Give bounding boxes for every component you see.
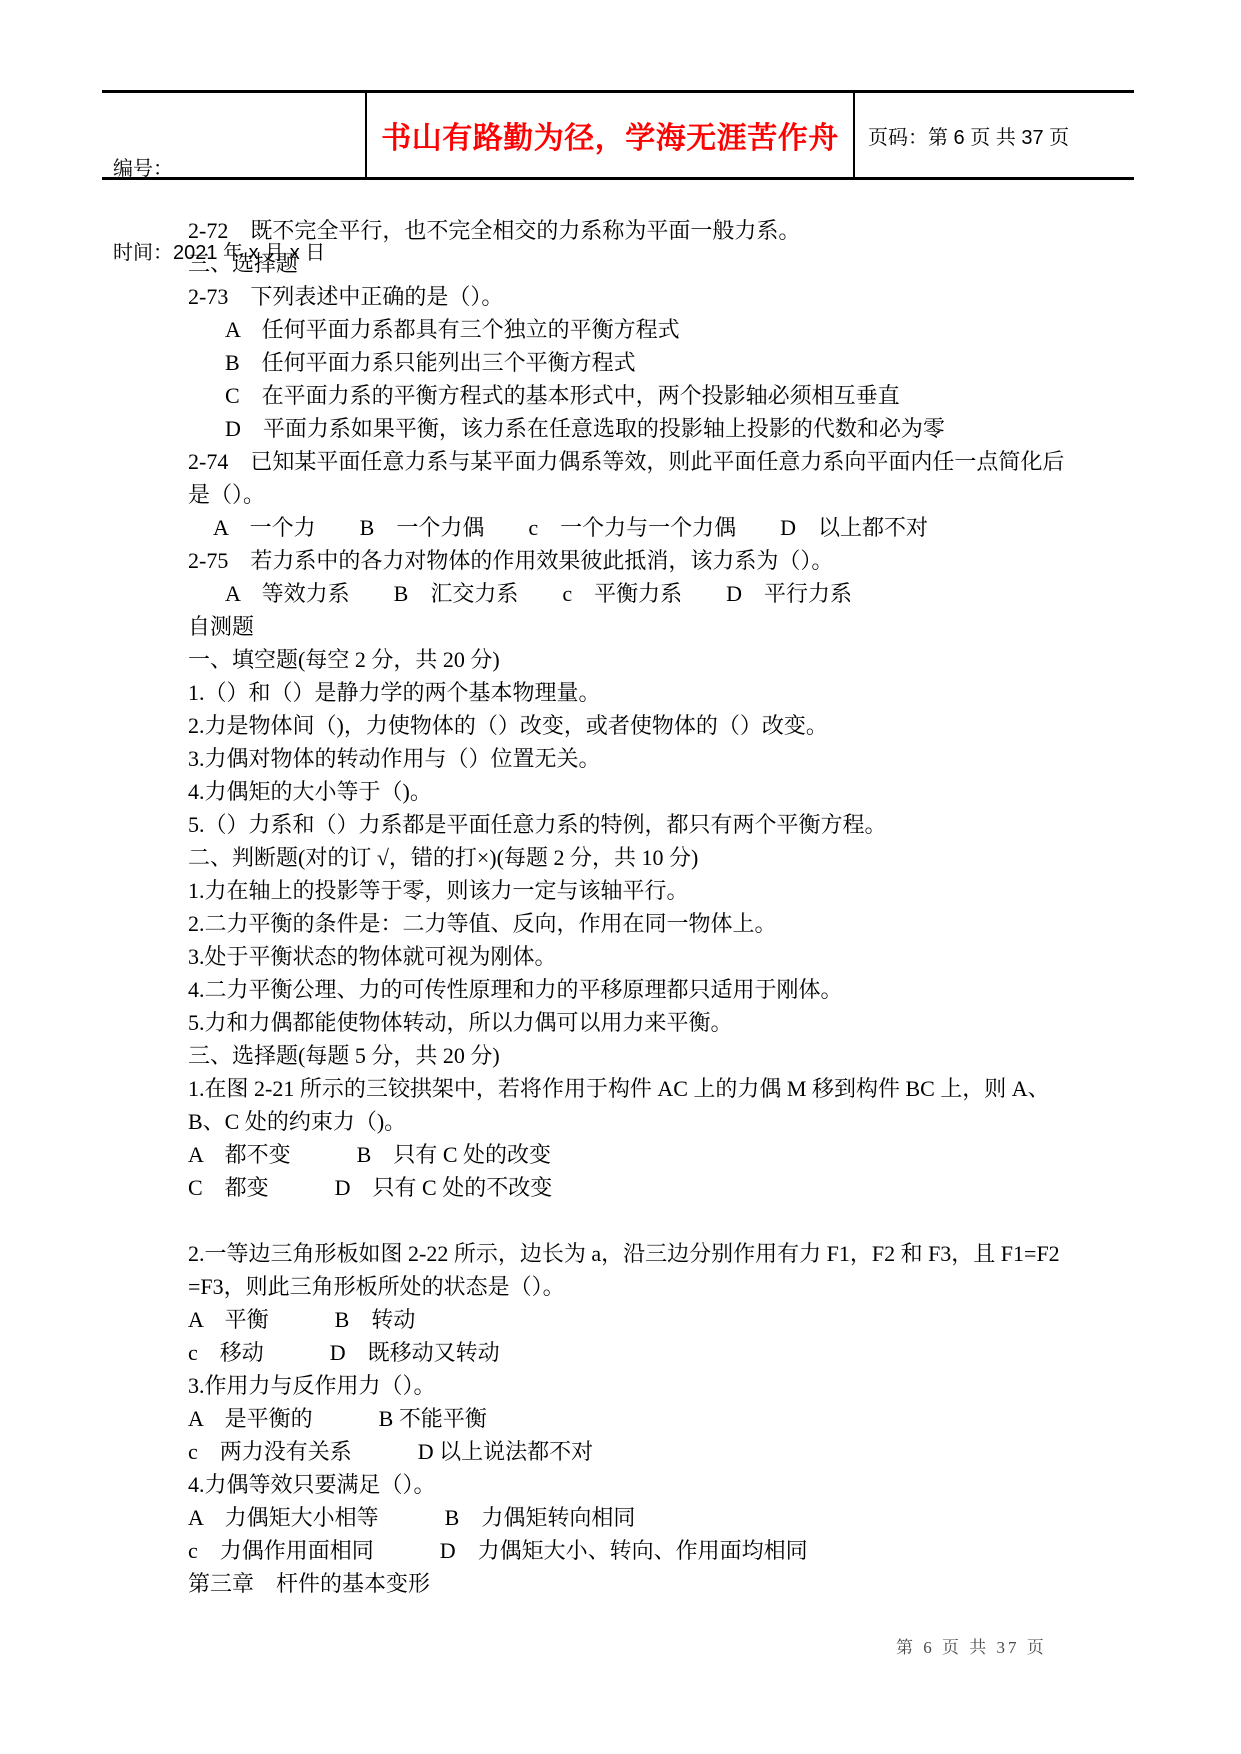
text-line: 自测题 <box>188 610 1064 643</box>
text-line: =F3，则此三角形板所处的状态是（）。 <box>188 1270 1064 1303</box>
text-line: C 在平面力系的平衡方程式的基本形式中，两个投影轴必须相互垂直 <box>188 379 1064 412</box>
text-line: 3.作用力与反作用力（）。 <box>188 1369 1064 1402</box>
text-line: 2-74 已知某平面任意力系与某平面力偶系等效，则此平面任意力系向平面内任一点简… <box>188 445 1064 478</box>
text-line: 2.二力平衡的条件是：二力等值、反向，作用在同一物体上。 <box>188 907 1064 940</box>
text-line: B 任何平面力系只能列出三个平衡方程式 <box>188 346 1064 379</box>
text-line: 4.二力平衡公理、力的可传性原理和力的平移原理都只适用于刚体。 <box>188 973 1064 1006</box>
header-motto: 书山有路勤为径，学海无涯苦作舟 <box>381 113 839 157</box>
text-line: 1.力在轴上的投影等于零，则该力一定与该轴平行。 <box>188 874 1064 907</box>
text-line: 是（）。 <box>188 478 1064 511</box>
text-line: A 等效力系 B 汇交力系 c 平衡力系 D 平行力系 <box>188 577 1064 610</box>
text-line: 4.力偶等效只要满足（）。 <box>188 1468 1064 1501</box>
document-page: 编号： 时间：2021 年 x 月 x 日 书山有路勤为径，学海无涯苦作舟 页码… <box>0 0 1241 1754</box>
text-line: 2-72 既不完全平行，也不完全相交的力系称为平面一般力系。 <box>188 214 1064 247</box>
footer-page-info: 第 6 页 共 37 页 <box>896 1633 1047 1658</box>
text-line: A 力偶矩大小相等 B 力偶矩转向相同 <box>188 1501 1064 1534</box>
text-line: c 移动 D 既移动又转动 <box>188 1336 1064 1369</box>
text-line: c 力偶作用面相同 D 力偶矩大小、转向、作用面均相同 <box>188 1534 1064 1567</box>
text-line: A 平衡 B 转动 <box>188 1303 1064 1336</box>
document-body: 2-72 既不完全平行，也不完全相交的力系称为平面一般力系。三、选择题2-73 … <box>188 214 1064 1600</box>
text-line: 2.力是物体间（)，力使物体的（）改变，或者使物体的（）改变。 <box>188 709 1064 742</box>
text-line: C 都变 D 只有 C 处的不改变 <box>188 1171 1064 1204</box>
text-line: 2.一等边三角形板如图 2-22 所示，边长为 a，沿三边分别作用有力 F1，F… <box>188 1237 1064 1270</box>
header-table: 编号： 时间：2021 年 x 月 x 日 书山有路勤为径，学海无涯苦作舟 页码… <box>102 90 1134 180</box>
text-line: c 两力没有关系 D 以上说法都不对 <box>188 1435 1064 1468</box>
header-cell-page: 页码：第 6 页 共 37 页 <box>855 93 1134 177</box>
text-line: 4.力偶矩的大小等于（)。 <box>188 775 1064 808</box>
text-line: 二、判断题(对的订 √，错的打×)(每题 2 分，共 10 分) <box>188 841 1064 874</box>
text-line: 3.力偶对物体的转动作用与（）位置无关。 <box>188 742 1064 775</box>
text-line: B、C 处的约束力（)。 <box>188 1105 1064 1138</box>
text-line: 一、填空题(每空 2 分，共 20 分) <box>188 643 1064 676</box>
text-line: A 都不变 B 只有 C 处的改变 <box>188 1138 1064 1171</box>
header-cell-meta: 编号： 时间：2021 年 x 月 x 日 <box>102 93 367 177</box>
doc-number-label: 编号： <box>113 155 365 183</box>
text-line: A 任何平面力系都具有三个独立的平衡方程式 <box>188 313 1064 346</box>
text-line: 3.处于平衡状态的物体就可视为刚体。 <box>188 940 1064 973</box>
text-line <box>188 1204 1064 1237</box>
text-line: A 是平衡的 B 不能平衡 <box>188 1402 1064 1435</box>
header-cell-motto: 书山有路勤为径，学海无涯苦作舟 <box>367 93 855 177</box>
text-line: 第三章 杆件的基本变形 <box>188 1567 1064 1600</box>
text-line: 2-75 若力系中的各力对物体的作用效果彼此抵消，该力系为（）。 <box>188 544 1064 577</box>
text-line: 2-73 下列表述中正确的是（）。 <box>188 280 1064 313</box>
header-page-label: 页码：第 6 页 共 37 页 <box>868 121 1069 150</box>
text-line: 5.力和力偶都能使物体转动，所以力偶可以用力来平衡。 <box>188 1006 1064 1039</box>
text-line: 1.在图 2-21 所示的三铰拱架中，若将作用于构件 AC 上的力偶 M 移到构… <box>188 1072 1064 1105</box>
text-line: 三、选择题 <box>188 247 1064 280</box>
text-line: 三、选择题(每题 5 分，共 20 分) <box>188 1039 1064 1072</box>
text-line: 1.（）和（）是静力学的两个基本物理量。 <box>188 676 1064 709</box>
text-line: A 一个力 B 一个力偶 c 一个力与一个力偶 D 以上都不对 <box>188 511 1064 544</box>
text-line: 5.（）力系和（）力系都是平面任意力系的特例，都只有两个平衡方程。 <box>188 808 1064 841</box>
text-line: D 平面力系如果平衡，该力系在任意选取的投影轴上投影的代数和必为零 <box>188 412 1064 445</box>
